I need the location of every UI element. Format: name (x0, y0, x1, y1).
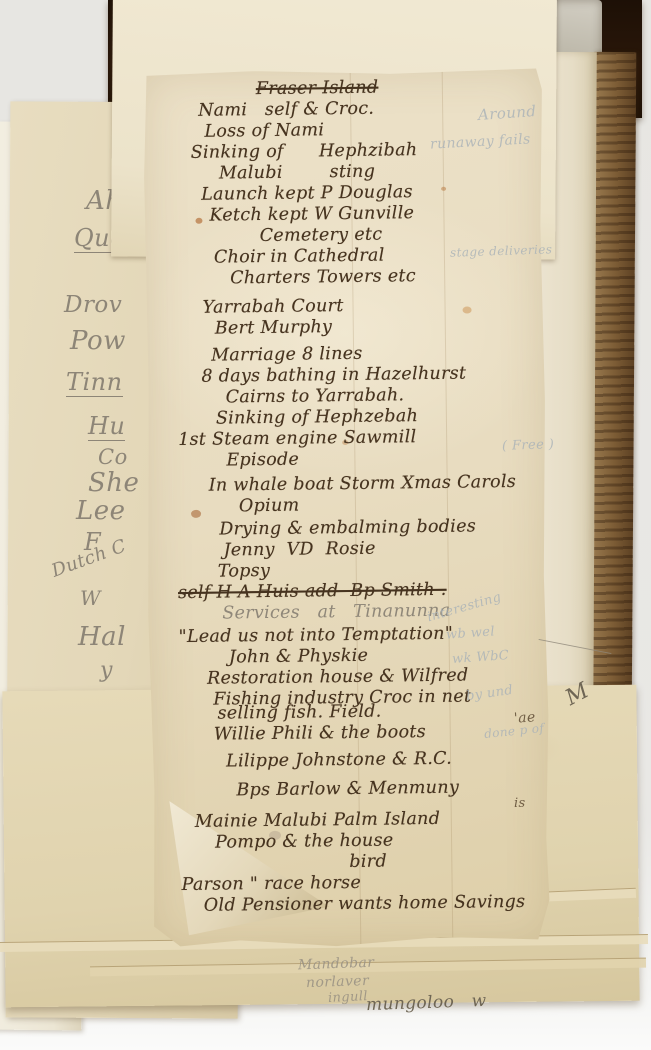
margin-list-item: She (88, 468, 139, 498)
manuscript-line: Willie Phili & the boots (180, 721, 542, 746)
margin-list-item: Hal (78, 622, 126, 652)
manuscript-line: Services at Tinanunna (178, 600, 540, 625)
margin-list-item: Tinn (66, 368, 123, 397)
margin-list-item: Hu (88, 412, 125, 441)
manuscript-page: Fraser IslandNami self & Croc.Loss of Na… (142, 68, 553, 949)
photographed-notebook: AhQueeDrovPowTinnHuCoSheLeeFDutch CWHaly… (0, 0, 651, 1050)
manuscript-line: Opium (177, 493, 539, 518)
margin-list-item: Pow (70, 326, 126, 356)
margin-list-item: Co (98, 445, 128, 469)
margin-list-item: W (80, 586, 101, 610)
margin-list-item: Drov (64, 292, 122, 318)
margin-list-item: y (100, 658, 113, 683)
margin-list-item: Lee (76, 496, 126, 526)
manuscript-line: Lilippe Johnstone & R.C. (180, 748, 542, 773)
manuscript-line: Episode (176, 447, 538, 472)
handwriting-block: Fraser IslandNami self & Croc.Loss of Na… (172, 76, 544, 917)
manuscript-line: Bps Barlow & Menmuny (180, 777, 542, 802)
manuscript-line: In whale boat Storm Xmas Carols (177, 472, 539, 497)
manuscript-line: Charters Towers etc (174, 265, 536, 290)
manuscript-line: Old Pensioner wants home Savings (182, 892, 544, 917)
manuscript-line: Bert Murphy (175, 315, 537, 340)
